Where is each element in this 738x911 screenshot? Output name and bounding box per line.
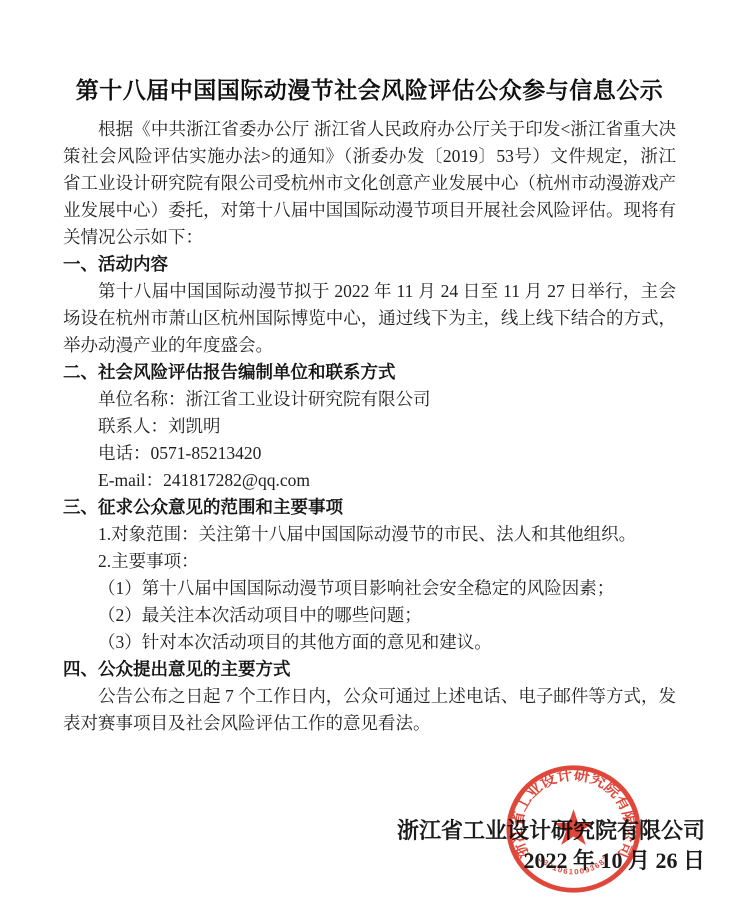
section-4-paragraph: 公告公布之日起 7 个工作日内，公众可通过上述电话、电子邮件等方式，发表对赛事项… [63,683,676,737]
signature-company: 浙江省工业设计研究院有限公司 [397,816,705,846]
intro-paragraph: 根据《中共浙江省委办公厅 浙江省人民政府办公厅关于印发<浙江省重大决策社会风险评… [63,116,676,251]
phone-line: 电话：0571-85213420 [63,440,676,467]
section-1-heading: 一、活动内容 [63,251,676,278]
email-line: E-mail：241817282@qq.com [63,467,676,494]
document-body: 第十八届中国国际动漫节社会风险评估公众参与信息公示 根据《中共浙江省委办公厅 浙… [63,70,676,737]
section-2-heading: 二、社会风险评估报告编制单位和联系方式 [63,359,676,386]
scope-item: 1.对象范围：关注第十八届中国国际动漫节的市民、法人和其他组织。 [63,521,676,548]
main-item-2: （2）最关注本次活动项目中的哪些问题； [63,602,676,629]
main-items-label: 2.主要事项： [63,548,676,575]
main-item-1: （1）第十八届中国国际动漫节项目影响社会安全稳定的风险因素； [63,575,676,602]
section-3-heading: 三、征求公众意见的范围和主要事项 [63,494,676,521]
signature-block: 浙江省工业设计研究院有限公司 2022 年 10 月 26 日 [397,816,705,876]
section-4-heading: 四、公众提出意见的主要方式 [63,656,676,683]
section-1-paragraph: 第十八届中国国际动漫节拟于 2022 年 11 月 24 日至 11 月 27 … [63,278,676,359]
main-item-3: （3）针对本次活动项目的其他方面的意见和建议。 [63,629,676,656]
document-title: 第十八届中国国际动漫节社会风险评估公众参与信息公示 [63,70,676,110]
contact-person-line: 联系人：刘凯明 [63,413,676,440]
unit-name-line: 单位名称：浙江省工业设计研究院有限公司 [63,386,676,413]
notice-document-page: 第十八届中国国际动漫节社会风险评估公众参与信息公示 根据《中共浙江省委办公厅 浙… [0,0,738,911]
signature-date: 2022 年 10 月 26 日 [397,846,705,876]
